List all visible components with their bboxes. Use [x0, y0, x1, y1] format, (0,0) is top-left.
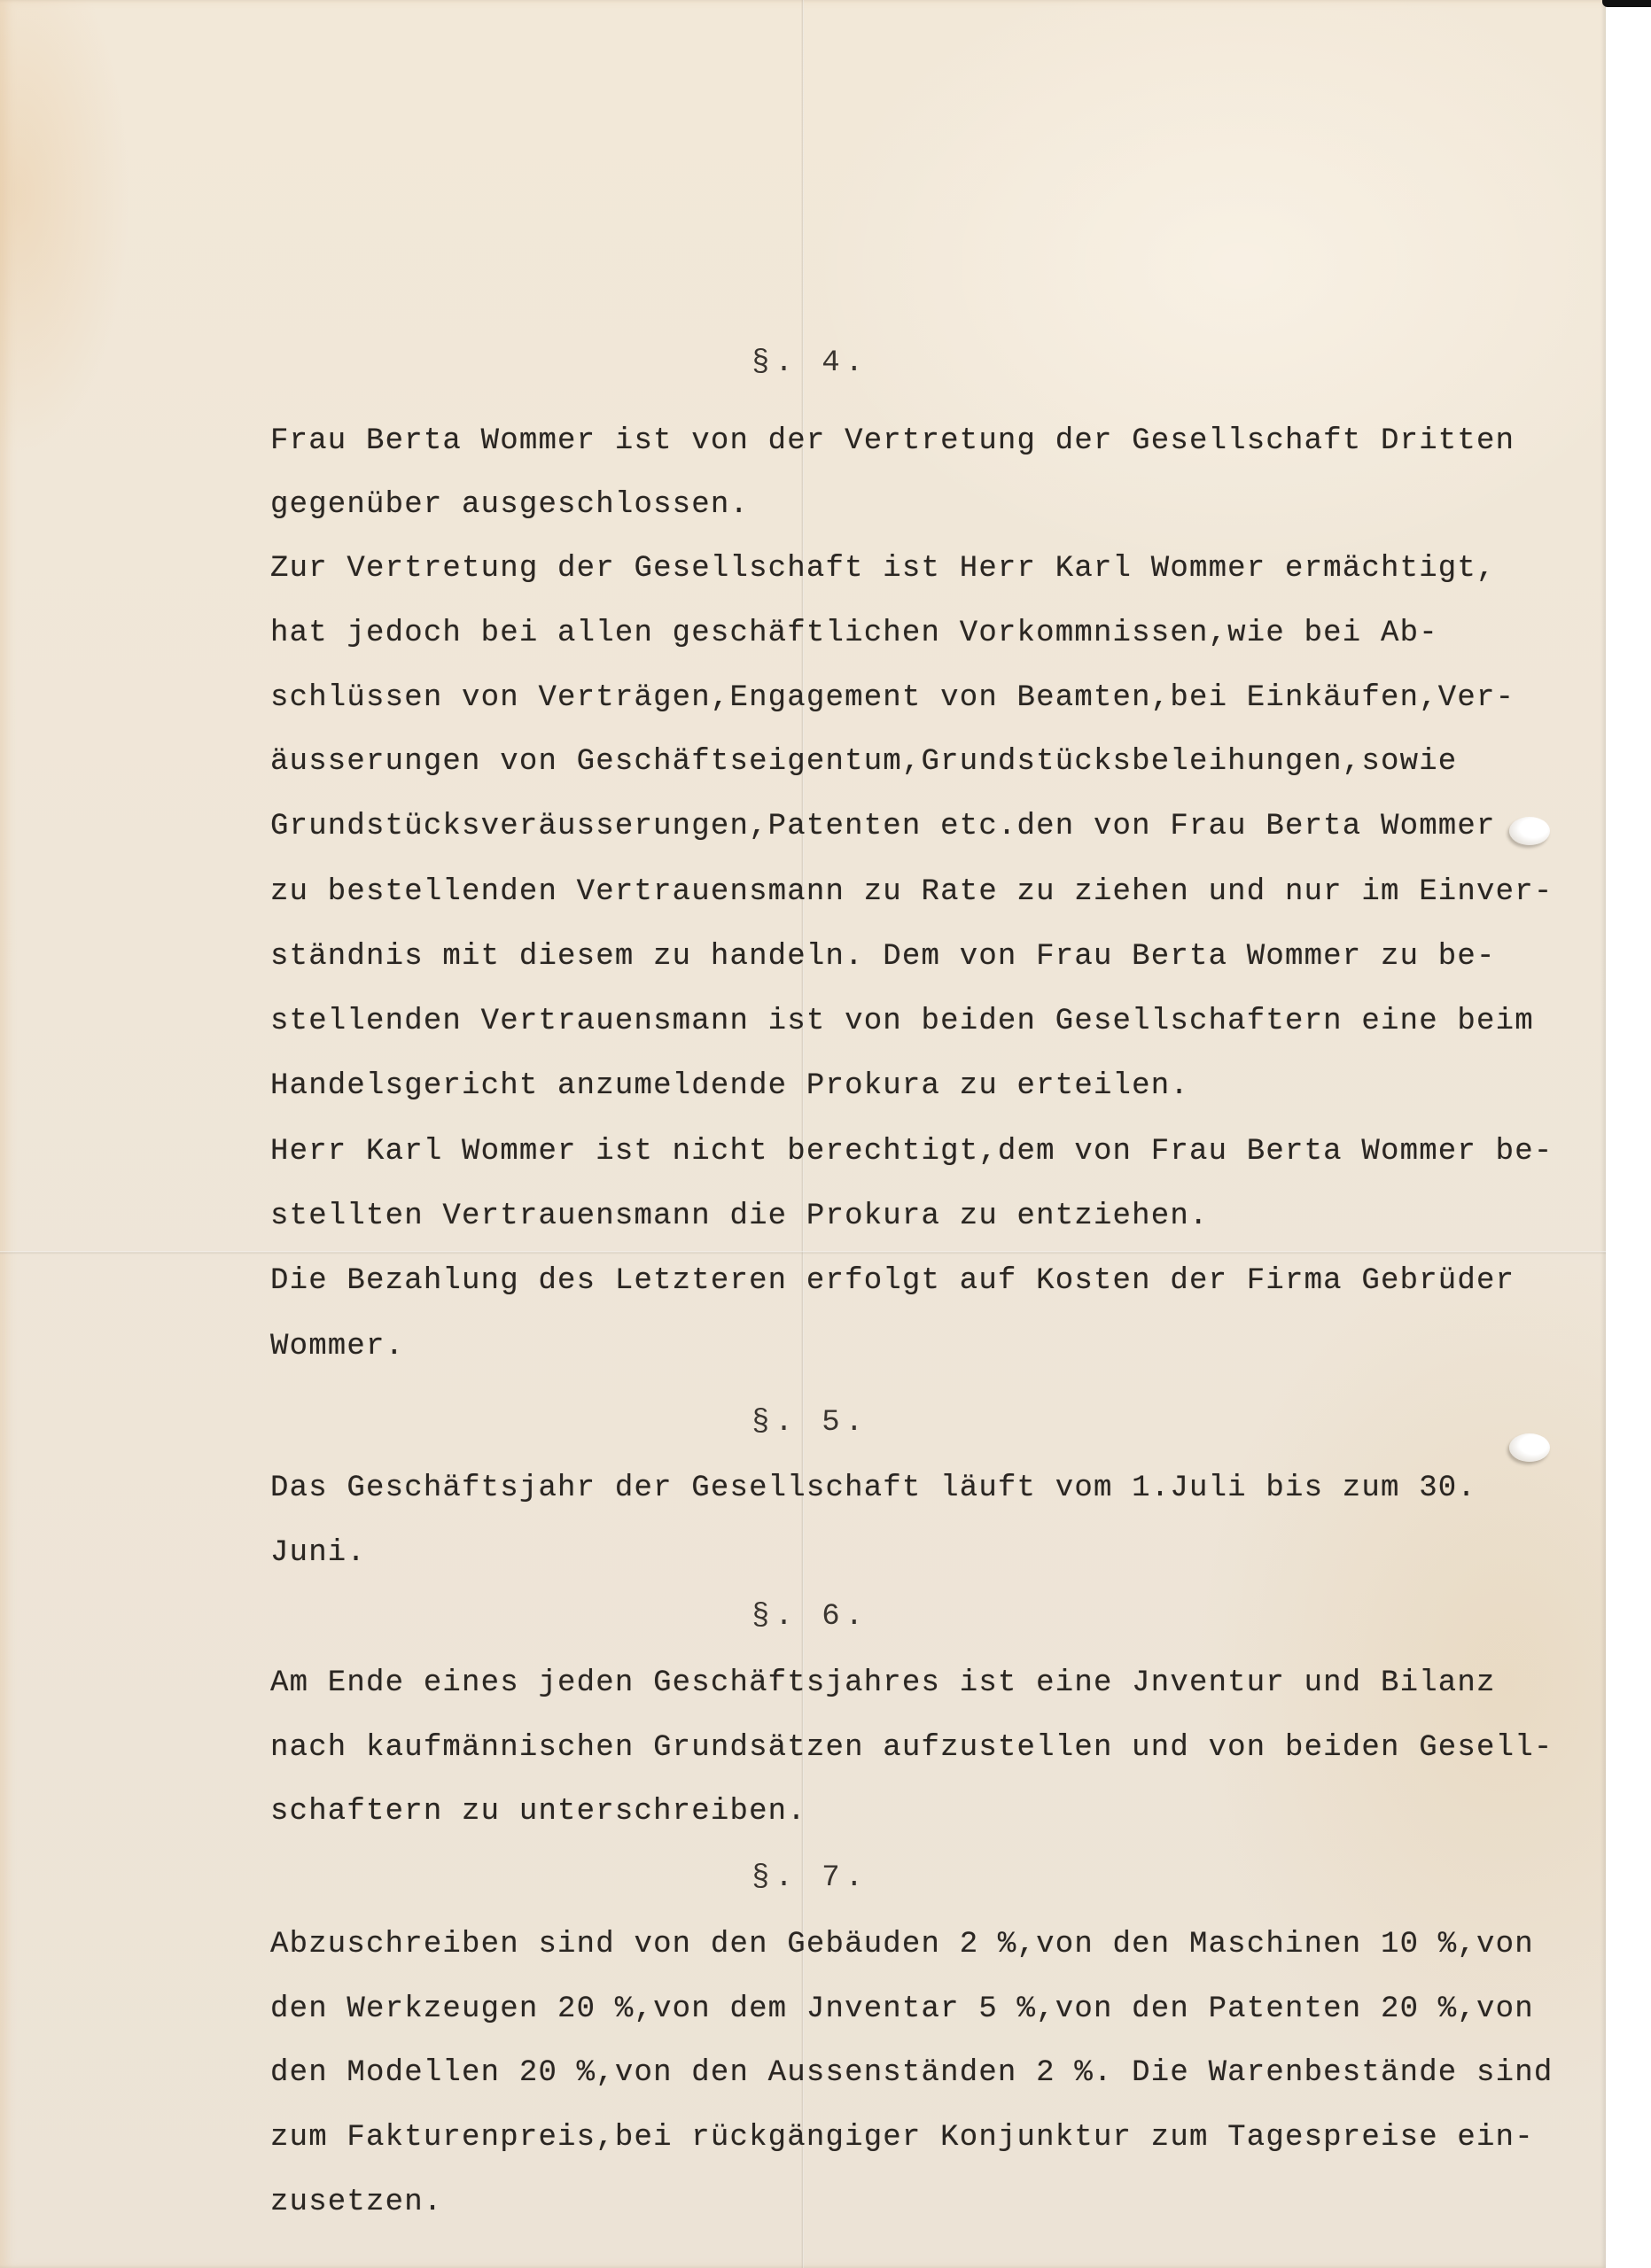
text-line: gegenüber ausgeschlossen.: [270, 487, 749, 523]
text-line: den Modellen 20 %,von den Aussenständen …: [270, 2055, 1553, 2091]
text-line: schlüssen von Verträgen,Engagement von B…: [270, 680, 1515, 716]
scan-border-corner: [1602, 0, 1651, 7]
horizontal-fold-crease: [0, 1251, 1606, 1254]
text-line: Das Geschäftsjahr der Gesellschaft läuft…: [270, 1471, 1476, 1506]
text-line: den Werkzeugen 20 %,von dem Jnventar 5 %…: [270, 1992, 1534, 2027]
text-line: stellenden Vertrauensmann ist von beiden…: [270, 1004, 1534, 1039]
text-line: ständnis mit diesem zu handeln. Dem von …: [270, 939, 1496, 975]
text-line: hat jedoch bei allen geschäftlichen Vork…: [270, 616, 1438, 651]
text-line: Die Bezahlung des Letzteren erfolgt auf …: [270, 1263, 1515, 1299]
text-line: Abzuschreiben sind von den Gebäuden 2 %,…: [270, 1927, 1534, 1962]
text-line: schaftern zu unterschreiben.: [270, 1794, 806, 1829]
text-line: zusetzen.: [270, 2185, 442, 2220]
text-line: stellten Vertrauensmann die Prokura zu e…: [270, 1199, 1209, 1234]
text-line: Grundstücksveräusserungen,Patenten etc.d…: [270, 809, 1496, 844]
text-line: Wommer.: [270, 1329, 404, 1364]
punch-hole-icon: [1509, 817, 1550, 845]
punch-hole-icon: [1509, 1433, 1550, 1462]
text-line: Am Ende eines jeden Geschäftsjahres ist …: [270, 1666, 1496, 1701]
text-line: zu bestellenden Vertrauensmann zu Rate z…: [270, 874, 1553, 910]
text-line: Juni.: [270, 1535, 366, 1571]
section-heading-4: §. 4.: [752, 346, 868, 381]
section-heading-7: §. 7.: [752, 1860, 868, 1896]
text-line: Handelsgericht anzumeldende Prokura zu e…: [270, 1068, 1189, 1104]
text-line: Herr Karl Wommer ist nicht berechtigt,de…: [270, 1134, 1553, 1169]
text-line: äusserungen von Geschäftseigentum,Grunds…: [270, 744, 1457, 780]
text-line: Zur Vertretung der Gesellschaft ist Herr…: [270, 551, 1496, 586]
text-line: Frau Berta Wommer ist von der Vertretung…: [270, 423, 1515, 459]
section-heading-6: §. 6.: [752, 1599, 868, 1635]
section-heading-5: §. 5.: [752, 1405, 868, 1441]
text-line: nach kaufmännischen Grundsätzen aufzuste…: [270, 1730, 1553, 1766]
text-line: zum Fakturenpreis,bei rückgängiger Konju…: [270, 2120, 1534, 2155]
